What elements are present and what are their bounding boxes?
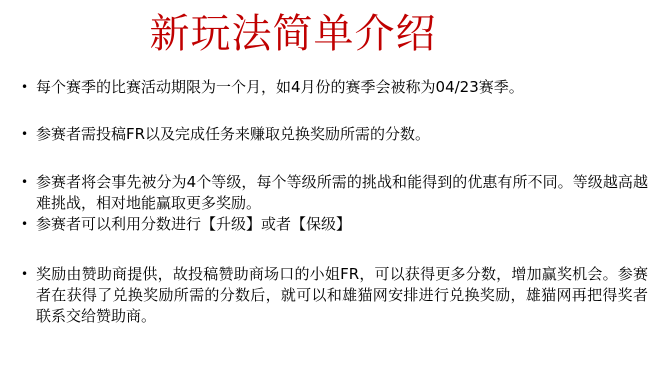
bullet-marker: • [21,214,28,235]
bullet-marker: • [21,124,28,145]
bullet-marker: • [21,77,28,98]
slide-title: 新玩法简单介绍 [0,2,586,59]
bullet-text: 参赛者可以利用分数进行【升级】或者【保级】 [36,215,351,233]
bullet-item: • 参赛者需投稿FR以及完成任务来赚取兑换奖励所需的分数。 [36,124,648,145]
bullet-text: 参赛者需投稿FR以及完成任务来赚取兑换奖励所需的分数。 [36,125,430,143]
bullet-marker: • [21,264,28,285]
bullet-list: • 每个赛季的比赛活动期限为一个月，如4月份的赛季会被称为04/23赛季。 • … [36,77,648,327]
bullet-text: 奖励由赞助商提供，故投稿赞助商场口的小姐FR，可以获得更多分数，增加赢奖机会。参… [36,265,648,325]
bullet-item: • 奖励由赞助商提供，故投稿赞助商场口的小姐FR，可以获得更多分数，增加赢奖机会… [36,264,648,327]
slide-body: • 每个赛季的比赛活动期限为一个月，如4月份的赛季会被称为04/23赛季。 • … [36,77,648,327]
bullet-item: • 参赛者可以利用分数进行【升级】或者【保级】 [36,214,648,235]
bullet-marker: • [21,172,28,193]
presentation-slide: 新玩法简单介绍 • 每个赛季的比赛活动期限为一个月，如4月份的赛季会被称为04/… [0,0,659,381]
bullet-item: • 每个赛季的比赛活动期限为一个月，如4月份的赛季会被称为04/23赛季。 [36,77,648,98]
bullet-item: • 参赛者将会事先被分为4个等级，每个等级所需的挑战和能得到的优惠有所不同。等级… [36,172,648,214]
bullet-text: 每个赛季的比赛活动期限为一个月，如4月份的赛季会被称为04/23赛季。 [36,78,524,96]
bullet-text: 参赛者将会事先被分为4个等级，每个等级所需的挑战和能得到的优惠有所不同。等级越高… [36,173,648,212]
